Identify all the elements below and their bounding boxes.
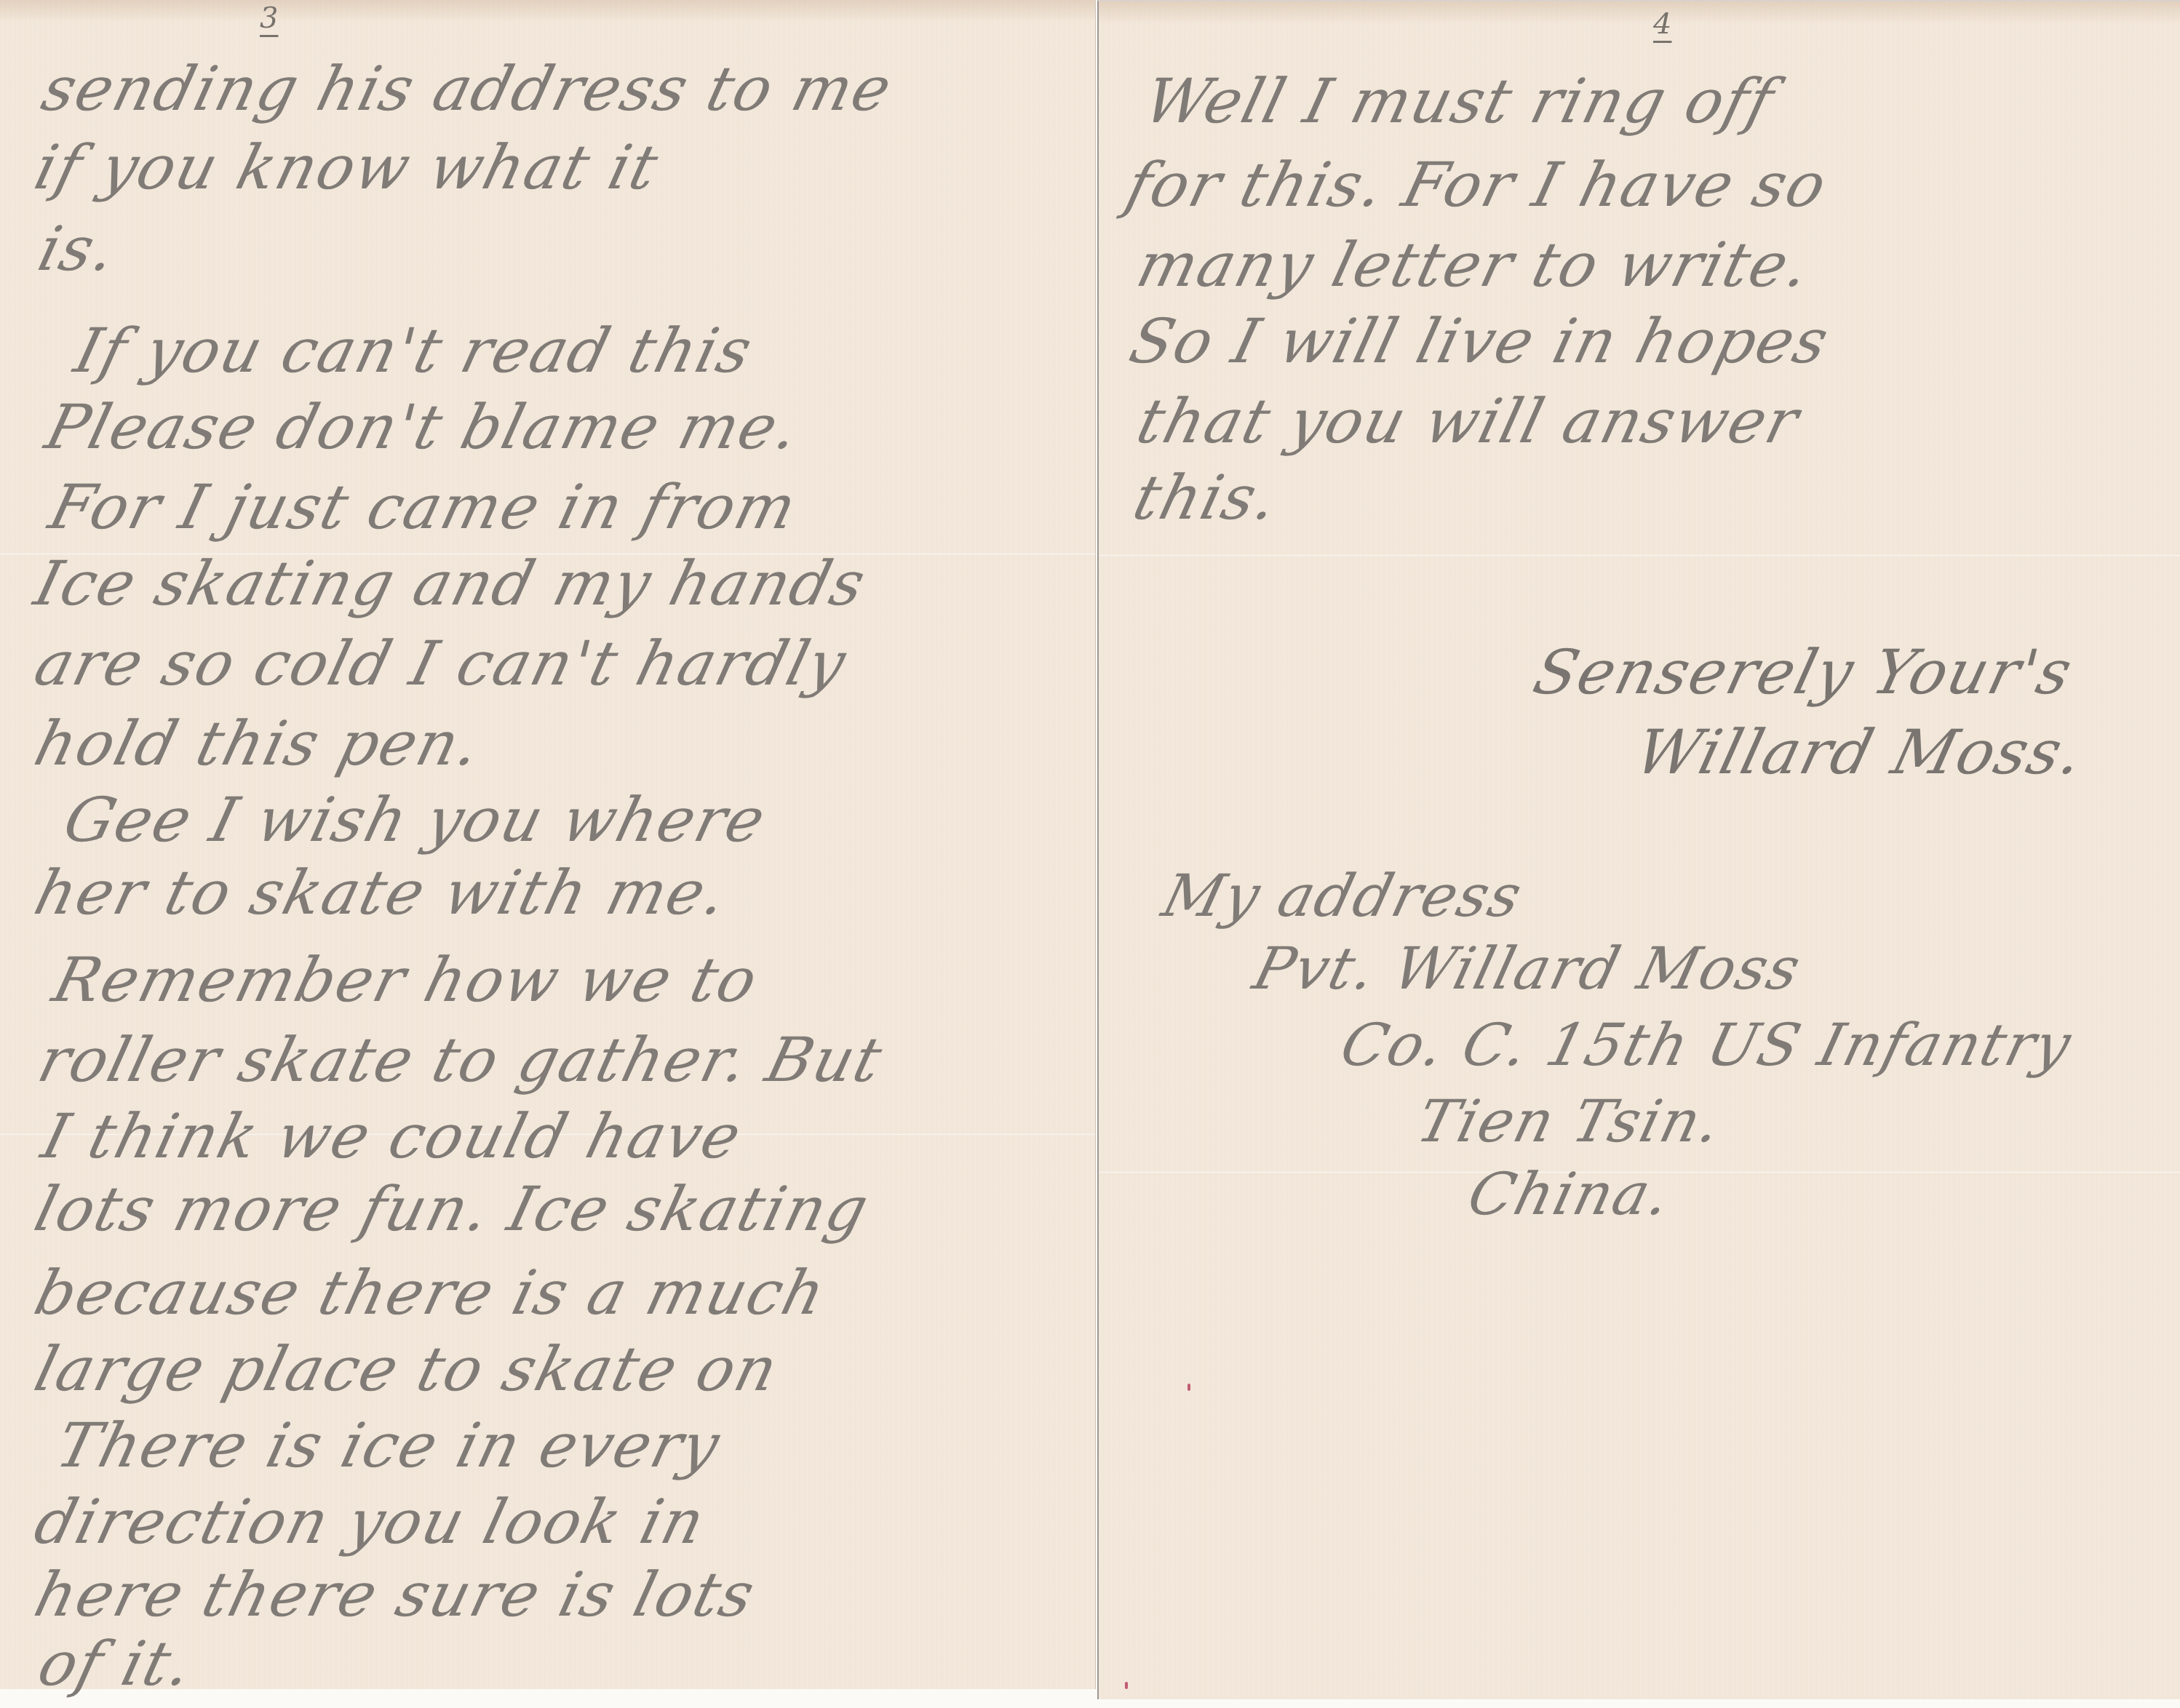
paper-mark — [1125, 1682, 1128, 1689]
paper-mark — [1188, 1384, 1190, 1391]
letter-line: if you know what it — [29, 137, 665, 198]
address-name-line: Pvt. Willard Moss — [1248, 940, 1807, 998]
address-city-line: Tien Tsin. — [1412, 1093, 1727, 1151]
letter-line: Gee I wish you where — [58, 789, 772, 850]
letter-line: Well I must ring off — [1139, 71, 1781, 132]
letter-line: of it. — [33, 1633, 199, 1694]
letter-line: lots more fun. Ice skating — [29, 1178, 875, 1240]
address-country-line: China. — [1463, 1165, 1677, 1224]
letter-line: here there sure is lots — [29, 1564, 761, 1625]
paper-fold-crease — [1099, 554, 2180, 556]
letter-line: is. — [33, 218, 123, 279]
letter-line: many letter to write. — [1131, 234, 1817, 295]
closing-salutation: Senserely Your's — [1528, 642, 2079, 703]
letter-line: this. — [1128, 467, 1284, 528]
signature: Willard Moss. — [1630, 722, 2091, 783]
letter-line: So I will live in hopes — [1124, 311, 1835, 372]
letter-line: Remember how we to — [47, 949, 764, 1010]
letter-line: Ice skating and my hands — [29, 553, 872, 614]
letter-line: because there is a much — [29, 1262, 832, 1323]
letter-line: sending his address to me — [36, 58, 899, 119]
letter-line: that you will answer — [1131, 391, 1805, 452]
page-number: 4 — [1653, 7, 1671, 41]
letter-page-3: 3 sending his address to me if you know … — [0, 0, 1096, 1689]
letter-line: There is ice in every — [51, 1415, 727, 1476]
address-unit-line: Co. C. 15th US Infantry — [1335, 1016, 2077, 1074]
letter-line: are so cold I can't hardly — [29, 633, 853, 694]
letter-line: for this. For I have so — [1121, 154, 1833, 215]
letter-line: roller skate to gather. But — [33, 1029, 889, 1090]
letter-line: her to skate with me. — [29, 862, 733, 923]
address-heading: My address — [1157, 867, 1528, 925]
letter-line: direction you look in — [29, 1491, 712, 1552]
letter-line: If you can't read this — [69, 320, 759, 381]
letter-page-4: 4 Well I must ring off for this. For I h… — [1097, 0, 2180, 1699]
letter-line: hold this pen. — [29, 713, 488, 774]
letter-line: For I just came in from — [44, 476, 803, 538]
letter-line: Please don't blame me. — [40, 396, 805, 458]
letter-line: large place to skate on — [29, 1338, 784, 1400]
letter-line: I think we could have — [36, 1106, 748, 1167]
scanned-letter: 3 sending his address to me if you know … — [0, 0, 2180, 1708]
page-number: 3 — [260, 1, 278, 35]
